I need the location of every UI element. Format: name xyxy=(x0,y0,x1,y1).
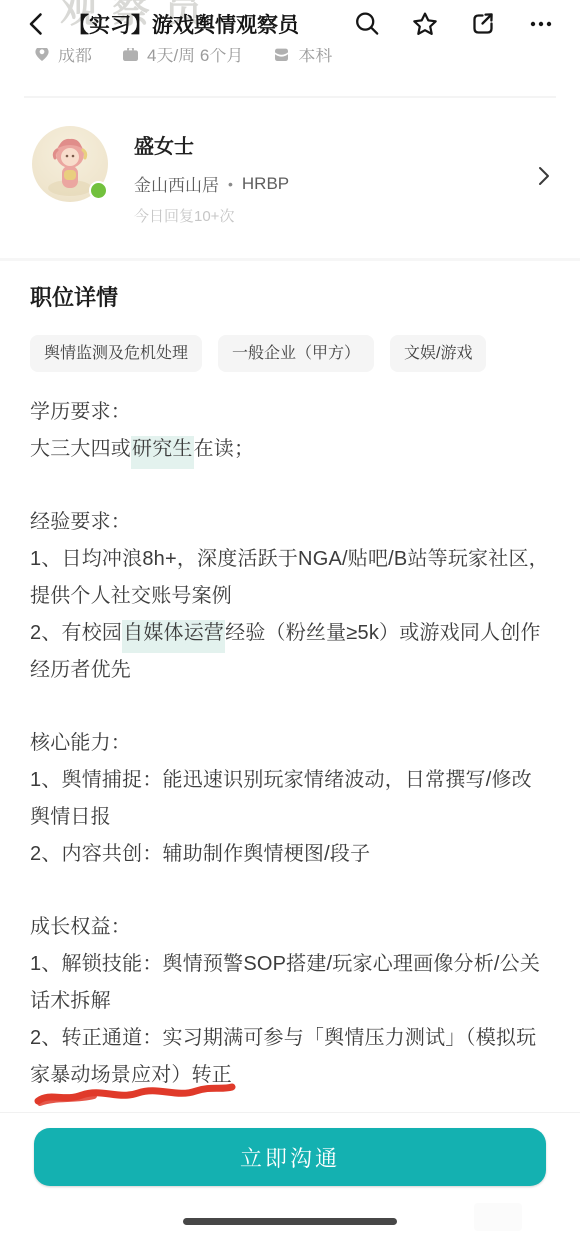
navbar-actions xyxy=(352,9,556,39)
job-details-section: 职位详情 舆情监测及危机处理一般企业（甲方）文娱/游戏 学历要求：大三大四或研究… xyxy=(0,283,580,1094)
description-section: 核心能力：1、舆情捕捉：能迅速识别玩家情绪波动，日常撰写/修改舆情日报2、内容共… xyxy=(30,725,550,873)
share-icon xyxy=(469,10,497,38)
description-paragraph: 2、有校园自媒体运营经验（粉丝量≥5k）或游戏同人创作经历者优先 xyxy=(30,615,550,689)
online-status-dot xyxy=(89,181,108,200)
avatar-wrap xyxy=(32,126,108,202)
page-title: 【实习】游戏舆情观察员 xyxy=(68,9,299,39)
home-indicator[interactable] xyxy=(183,1218,397,1225)
description-section: 成长权益：1、解锁技能：舆情预警SOP搭建/玩家心理画像分析/公关话术拆解2、转… xyxy=(30,909,550,1094)
description-paragraph: 2、转正通道：实习期满可参与「舆情压力测试」（模拟玩家暴动场景应对）转正 xyxy=(30,1020,550,1094)
meta-schedule: 4天/周 6个月 xyxy=(122,48,243,66)
job-meta-row: 成都 4天/周 6个月 本科 xyxy=(0,48,580,66)
chat-now-button[interactable]: 立即沟通 xyxy=(34,1128,546,1186)
recruiter-name: 盛女士 xyxy=(134,130,289,159)
description-section: 经验要求：1、日均冲浪8h+，深度活跃于NGA/贴吧/B站等玩家社区，提供个人社… xyxy=(30,504,550,689)
education-icon xyxy=(273,48,290,62)
description-section: 学历要求：大三大四或研究生在读； xyxy=(30,394,550,468)
more-icon xyxy=(527,10,555,38)
description-paragraph: 1、解锁技能：舆情预警SOP搭建/玩家心理画像分析/公关话术拆解 xyxy=(30,946,550,1020)
meta-education: 本科 xyxy=(273,48,332,66)
star-icon xyxy=(411,10,439,38)
job-detail-page: 观察员 【实习】游戏舆情观察员 xyxy=(0,0,580,1233)
recruiter-card[interactable]: 盛女士 金山西山居 • HRBP 今日回复10+次 xyxy=(0,98,580,226)
description-paragraph: 经验要求： xyxy=(30,504,550,541)
description-paragraph: 成长权益： xyxy=(30,909,550,946)
job-tags: 舆情监测及危机处理一般企业（甲方）文娱/游戏 xyxy=(30,335,550,372)
job-description: 学历要求：大三大四或研究生在读；经验要求：1、日均冲浪8h+，深度活跃于NGA/… xyxy=(30,394,550,1094)
job-tag: 文娱/游戏 xyxy=(390,335,486,372)
dot-separator: • xyxy=(228,176,233,192)
section-divider xyxy=(0,258,580,261)
favorite-button[interactable] xyxy=(410,9,440,39)
briefcase-icon xyxy=(122,48,139,62)
description-paragraph: 1、舆情捕捉：能迅速识别玩家情绪波动，日常撰写/修改舆情日报 xyxy=(30,762,550,836)
more-button[interactable] xyxy=(526,9,556,39)
description-paragraph: 1、日均冲浪8h+，深度活跃于NGA/贴吧/B站等玩家社区，提供个人社交账号案例 xyxy=(30,541,550,615)
back-button[interactable] xyxy=(22,9,52,39)
recruiter-company: 金山西山居 xyxy=(134,171,219,196)
description-paragraph: 学历要求： xyxy=(30,394,550,431)
chevron-left-icon xyxy=(24,11,50,37)
reply-status: 今日回复10+次 xyxy=(134,205,289,226)
meta-education-label: 本科 xyxy=(298,48,332,66)
description-paragraph: 大三大四或研究生在读； xyxy=(30,431,550,468)
bottom-bar: 立即沟通 xyxy=(0,1112,580,1233)
highlighted-keyword: 研究生 xyxy=(131,436,194,469)
location-pin-icon xyxy=(34,48,50,62)
navbar: 【实习】游戏舆情观察员 xyxy=(0,0,580,48)
chevron-right-icon xyxy=(538,166,550,186)
share-button[interactable] xyxy=(468,9,498,39)
meta-location-label: 成都 xyxy=(58,48,92,66)
recruiter-role: HRBP xyxy=(242,174,289,194)
description-paragraph: 2、内容共创：辅助制作舆情梗图/段子 xyxy=(30,836,550,873)
meta-location: 成都 xyxy=(34,48,92,66)
details-heading: 职位详情 xyxy=(30,283,550,313)
recruiter-company-line: 金山西山居 • HRBP xyxy=(134,171,289,196)
description-paragraph: 核心能力： xyxy=(30,725,550,762)
highlighted-keyword: 自媒体运营 xyxy=(122,620,225,653)
recruiter-info: 盛女士 金山西山居 • HRBP 今日回复10+次 xyxy=(134,126,289,226)
job-tag: 舆情监测及危机处理 xyxy=(30,335,202,372)
meta-schedule-label: 4天/周 6个月 xyxy=(147,48,243,66)
search-button[interactable] xyxy=(352,9,382,39)
job-meta-clip: 成都 4天/周 6个月 本科 xyxy=(0,48,580,76)
faint-watermark-blob xyxy=(474,1203,522,1231)
search-icon xyxy=(353,10,381,38)
job-tag: 一般企业（甲方） xyxy=(218,335,374,372)
